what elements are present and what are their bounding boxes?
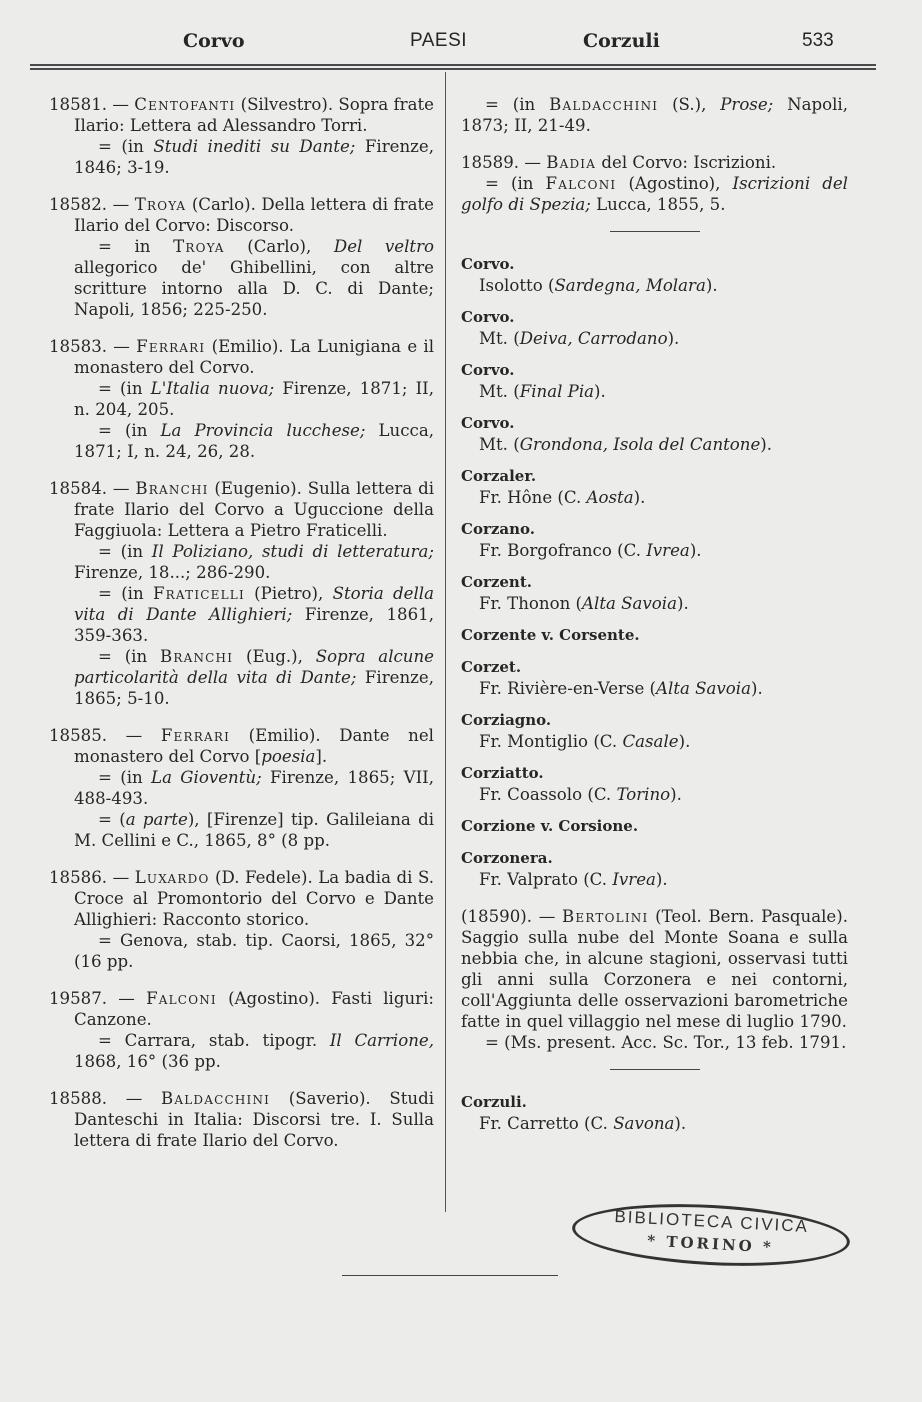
- entry-18589: 18589. — Badia del Corvo: Iscrizioni. = …: [461, 152, 848, 215]
- entry-number: 18581. —: [49, 95, 129, 114]
- citation-text: = (in: [98, 421, 160, 440]
- citation-author: Troya: [173, 237, 225, 256]
- entry-author: Centofanti: [134, 95, 235, 114]
- entry-author: Bertolini: [562, 907, 648, 926]
- place-term: Corziagno.: [461, 710, 848, 731]
- entry-18582: 18582. — Troya (Carlo). Della lettera di…: [49, 194, 434, 320]
- place-location: Final Pia: [520, 382, 594, 401]
- citation-text: = (in: [485, 174, 546, 193]
- place-location: Alta Savoia: [656, 679, 751, 698]
- place-term: Corvo.: [461, 413, 848, 434]
- place-desc: ).: [674, 1114, 686, 1133]
- entry-number: 18589. —: [461, 153, 541, 172]
- library-stamp: BIBLIOTECA CIVICA * TORINO *: [571, 1198, 852, 1272]
- place-entry: Corzet. Fr. Rivière-en-Verse (Alta Savoi…: [461, 657, 848, 699]
- place-entry: Corzent. Fr. Thonon (Alta Savoia).: [461, 572, 848, 614]
- place-desc: Fr. Carretto (C.: [479, 1114, 613, 1133]
- place-location: Deiva, Carrodano: [520, 329, 668, 348]
- place-entry: Corvo. Mt. (Grondona, Isola del Cantone)…: [461, 413, 848, 455]
- place-cross-reference: Corzione v. Corsione.: [461, 816, 848, 837]
- place-entry: Corzano. Fr. Borgofranco (C. Ivrea).: [461, 519, 848, 561]
- entry-19587: 19587. — Falconi (Agostino). Fasti ligur…: [49, 988, 434, 1072]
- left-column: 18581. — Centofanti (Silvestro). Sopra f…: [49, 94, 434, 1167]
- citation-text: = (: [98, 810, 126, 829]
- place-location: Grondona, Isola del Cantone: [520, 435, 761, 454]
- entry-title: del Corvo: Iscrizioni.: [601, 153, 776, 172]
- entry-number: 18582. —: [49, 195, 129, 214]
- header-left-term: Corvo: [183, 30, 245, 52]
- citation-text: = in: [98, 237, 173, 256]
- entry-number: 18588. —: [49, 1089, 142, 1108]
- citation-text: Lucca, 1855, 5.: [591, 195, 726, 214]
- page-number: 533: [802, 30, 834, 52]
- citation-title: Del veltro: [334, 237, 434, 256]
- place-desc: ).: [679, 732, 691, 751]
- place-desc: Fr. Valprato (C.: [479, 870, 612, 889]
- entry-18590: (18590). — Bertolini (Teol. Bern. Pasqua…: [461, 906, 848, 1053]
- place-desc: Mt. (: [479, 382, 520, 401]
- place-location: Savona: [613, 1114, 674, 1133]
- section-rule: [610, 231, 700, 232]
- citation-author: Fraticelli: [153, 584, 245, 603]
- place-desc: Mt. (: [479, 435, 520, 454]
- place-term: Corzaler.: [461, 466, 848, 487]
- citation-text: (Carlo),: [225, 237, 334, 256]
- citation-text: = (in: [98, 647, 160, 666]
- header-right-term: Corzuli: [583, 30, 660, 52]
- place-entry: Corzonera. Fr. Valprato (C. Ivrea).: [461, 848, 848, 890]
- place-desc: Fr. Montiglio (C.: [479, 732, 622, 751]
- citation-text: (S.),: [658, 95, 720, 114]
- citation-text: 1868, 16° (36 pp.: [74, 1052, 221, 1071]
- place-term: Corzuli.: [461, 1092, 848, 1113]
- place-term: Corzonera.: [461, 848, 848, 869]
- citation-title: Il Carrione,: [330, 1031, 434, 1050]
- entry-18585: 18585. — Ferrari (Emilio). Dante nel mon…: [49, 725, 434, 851]
- page-end-rule: [342, 1275, 558, 1276]
- place-entry: Corziagno. Fr. Montiglio (C. Casale).: [461, 710, 848, 752]
- place-entry: Corzaler. Fr. Hône (C. Aosta).: [461, 466, 848, 508]
- right-column: = (in Baldacchini (S.), Prose; Napoli, 1…: [461, 94, 848, 1145]
- entry-genre: poesia: [261, 747, 315, 766]
- place-desc: ).: [668, 329, 680, 348]
- header-double-rule: [30, 64, 876, 70]
- place-term: Corvo.: [461, 360, 848, 381]
- entry-number: (18590). —: [461, 907, 555, 926]
- place-desc: ).: [706, 276, 718, 295]
- place-term: Corzent.: [461, 572, 848, 593]
- citation-title: La Gioventù;: [151, 768, 262, 787]
- place-desc: ).: [594, 382, 606, 401]
- entry-number: 18585. —: [49, 726, 142, 745]
- citation-title: Il Poliziano, studi di letteratura;: [152, 542, 434, 561]
- place-term: Corzione v. Corsione.: [461, 816, 848, 837]
- place-location: Sardegna, Molara: [554, 276, 705, 295]
- entry-18588: 18588. — Baldacchini (Saverio). Studi Da…: [49, 1088, 434, 1151]
- entry-number: 18584. —: [49, 479, 130, 498]
- citation-text: = (in: [485, 95, 549, 114]
- citation-text: = Carrara, stab. tipogr.: [98, 1031, 330, 1050]
- citation-title: Prose;: [720, 95, 773, 114]
- entry-author: Ferrari: [161, 726, 230, 745]
- place-location: Alta Savoia: [582, 594, 677, 613]
- citation-author: Baldacchini: [549, 95, 658, 114]
- citation-text: = (in: [98, 584, 153, 603]
- place-location: Aosta: [587, 488, 634, 507]
- entry-author: Ferrari: [136, 337, 205, 356]
- citation-text: (Pietro),: [245, 584, 333, 603]
- place-location: Ivrea: [646, 541, 690, 560]
- citation-title: La Provincia lucchese;: [160, 421, 365, 440]
- entry-author: Troya: [135, 195, 187, 214]
- place-term: Corvo.: [461, 307, 848, 328]
- place-desc: Fr. Hône (C.: [479, 488, 587, 507]
- place-desc: ).: [670, 785, 682, 804]
- entry-18586: 18586. — Luxardo (D. Fedele). La badia d…: [49, 867, 434, 972]
- citation-text: = (in: [98, 137, 153, 156]
- place-cross-reference: Corzente v. Corsente.: [461, 625, 848, 646]
- citation-text: = Genova, stab. tip. Caorsi, 1865, 32° (…: [49, 930, 434, 972]
- citation-text: = (in: [98, 542, 152, 561]
- header-section: PAESI: [410, 30, 467, 52]
- place-entry: Corvo. Mt. (Final Pia).: [461, 360, 848, 402]
- place-desc: Fr. Thonon (: [479, 594, 582, 613]
- citation-text: allegorico de' Ghibellini, con altre scr…: [74, 258, 434, 319]
- place-term: Corziatto.: [461, 763, 848, 784]
- entry-number: 19587. —: [49, 989, 135, 1008]
- entry-18581: 18581. — Centofanti (Silvestro). Sopra f…: [49, 94, 434, 178]
- place-desc: ).: [751, 679, 763, 698]
- place-desc: Fr. Coassolo (C.: [479, 785, 616, 804]
- place-desc: Isolotto (: [479, 276, 554, 295]
- place-desc: Fr. Rivière-en-Verse (: [479, 679, 656, 698]
- entry-author: Branchi: [135, 479, 208, 498]
- citation-text: Firenze, 18...; 286-290.: [74, 563, 270, 582]
- section-rule: [610, 1069, 700, 1070]
- place-term: Corvo.: [461, 254, 848, 275]
- place-location: Casale: [622, 732, 678, 751]
- place-desc: Mt. (: [479, 329, 520, 348]
- place-location: Torino: [616, 785, 670, 804]
- entry-author: Badia: [546, 153, 596, 172]
- citation-text: (Agostino),: [616, 174, 732, 193]
- entry-number: 18583. —: [49, 337, 130, 356]
- entry-author: Luxardo: [135, 868, 210, 887]
- place-desc: Fr. Borgofranco (C.: [479, 541, 646, 560]
- citation-text: = (in: [98, 768, 151, 787]
- place-term: Corzente v. Corsente.: [461, 625, 848, 646]
- citation-author: Falconi: [546, 174, 617, 193]
- citation-text: = (Ms. present. Acc. Sc. Tor., 13 feb. 1…: [461, 1032, 848, 1053]
- book-page: Corvo PAESI Corzuli 533 18581. — Centofa…: [0, 0, 922, 1402]
- place-entry: Corziatto. Fr. Coassolo (C. Torino).: [461, 763, 848, 805]
- citation-title: L'Italia nuova;: [151, 379, 275, 398]
- citation-title: a parte: [126, 810, 188, 829]
- page-header: Corvo PAESI Corzuli 533: [0, 30, 922, 60]
- place-entry: Corvo. Isolotto (Sardegna, Molara).: [461, 254, 848, 296]
- entry-number: 18586. —: [49, 868, 129, 887]
- place-location: Ivrea: [612, 870, 656, 889]
- citation-title: Studi inediti su Dante;: [153, 137, 355, 156]
- column-divider: [445, 72, 446, 1212]
- place-term: Corzano.: [461, 519, 848, 540]
- entry-18584: 18584. — Branchi (Eugenio). Sulla letter…: [49, 478, 434, 709]
- citation-text: (Eug.),: [233, 647, 316, 666]
- place-desc: ).: [656, 870, 668, 889]
- entry-title: ].: [315, 747, 327, 766]
- place-entry: Corvo. Mt. (Deiva, Carrodano).: [461, 307, 848, 349]
- citation-text: = (in: [98, 379, 151, 398]
- place-desc: ).: [634, 488, 646, 507]
- entry-author: Baldacchini: [161, 1089, 270, 1108]
- place-desc: ).: [760, 435, 772, 454]
- place-desc: ).: [690, 541, 702, 560]
- place-term: Corzet.: [461, 657, 848, 678]
- entry-18583: 18583. — Ferrari (Emilio). La Lunigiana …: [49, 336, 434, 462]
- entry-author: Falconi: [146, 989, 217, 1008]
- entry-18588-continued: = (in Baldacchini (S.), Prose; Napoli, 1…: [461, 94, 848, 136]
- place-entry: Corzuli. Fr. Carretto (C. Savona).: [461, 1092, 848, 1134]
- place-desc: ).: [677, 594, 689, 613]
- citation-author: Branchi: [160, 647, 233, 666]
